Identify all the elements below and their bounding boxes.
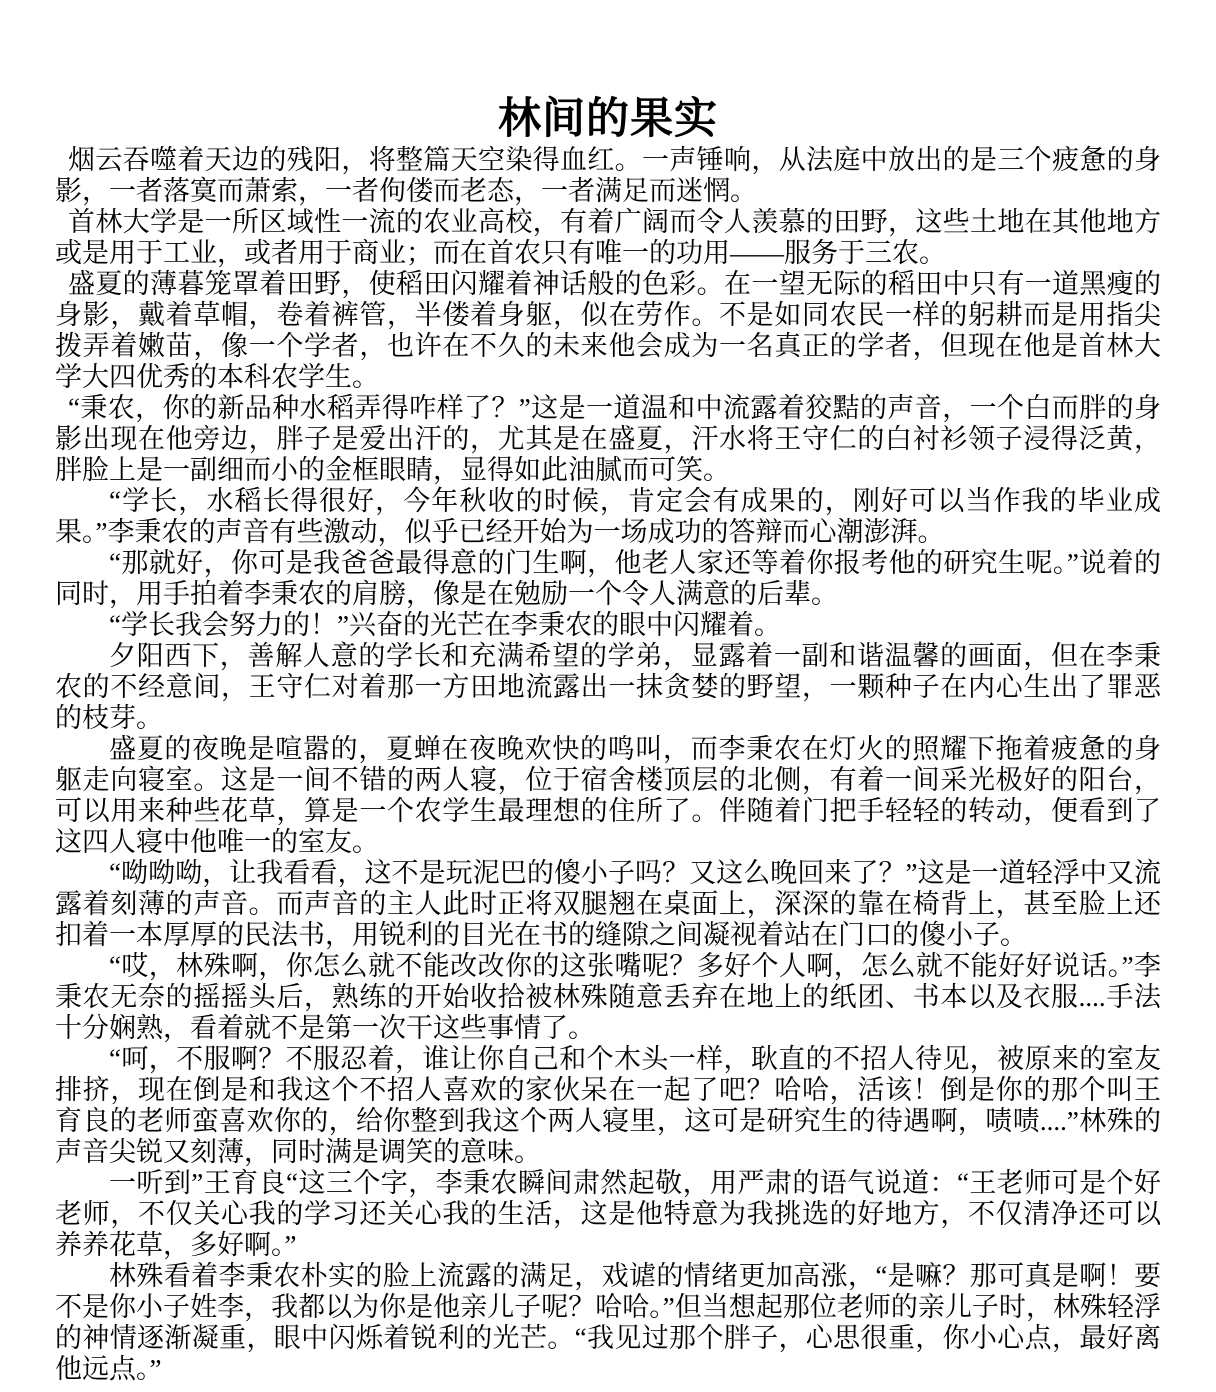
paragraph: 一听到”王育良“这三个字，李秉农瞬间肃然起敬，用严肃的语气说道：“王老师可是个好…: [55, 1168, 1161, 1261]
paragraph: 烟云吞噬着天边的残阳，将整篇天空染得血红。一声锤响，从法庭中放出的是三个疲惫的身…: [55, 145, 1161, 207]
paragraph: 林殊看着李秉农朴实的脸上流露的满足，戏谑的情绪更加高涨，“是嘛？那可真是啊！要不…: [55, 1261, 1161, 1385]
paragraph: “哎，林殊啊，你怎么就不能改改你的这张嘴呢？多好个人啊，怎么就不能好好说话。”李…: [55, 951, 1161, 1044]
paragraph: “那就好，你可是我爸爸最得意的门生啊，他老人家还等着你报考他的研究生呢。”说着的…: [55, 548, 1161, 610]
paragraph: 盛夏的夜晚是喧嚣的，夏蝉在夜晚欢快的鸣叫，而李秉农在灯火的照耀下拖着疲惫的身躯走…: [55, 734, 1161, 858]
document-page: 林间的果实 烟云吞噬着天边的残阳，将整篇天空染得血红。一声锤响，从法庭中放出的是…: [0, 0, 1216, 1392]
paragraph: 首林大学是一所区域性一流的农业高校，有着广阔而令人羡慕的田野，这些土地在其他地方…: [55, 207, 1161, 269]
paragraph: 盛夏的薄暮笼罩着田野，使稻田闪耀着神话般的色彩。在一望无际的稻田中只有一道黑瘦的…: [55, 269, 1161, 393]
paragraph: “秉农，你的新品种水稻弄得咋样了？”这是一道温和中流露着狡黠的声音，一个白而胖的…: [55, 393, 1161, 486]
paragraph: “呦呦呦，让我看看，这不是玩泥巴的傻小子吗？又这么晚回来了？”这是一道轻浮中又流…: [55, 858, 1161, 951]
paragraph: “呵，不服啊？不服忍着，谁让你自己和个木头一样，耿直的不招人待见，被原来的室友排…: [55, 1044, 1161, 1168]
paragraph: “学长我会努力的！”兴奋的光芒在李秉农的眼中闪耀着。: [55, 610, 1161, 641]
paragraph: “学长，水稻长得很好，今年秋收的时候，肯定会有成果的，刚好可以当作我的毕业成果。…: [55, 486, 1161, 548]
paragraph: 夕阳西下，善解人意的学长和充满希望的学弟，显露着一副和谐温馨的画面，但在李秉农的…: [55, 641, 1161, 734]
document-title: 林间的果实: [55, 0, 1161, 145]
